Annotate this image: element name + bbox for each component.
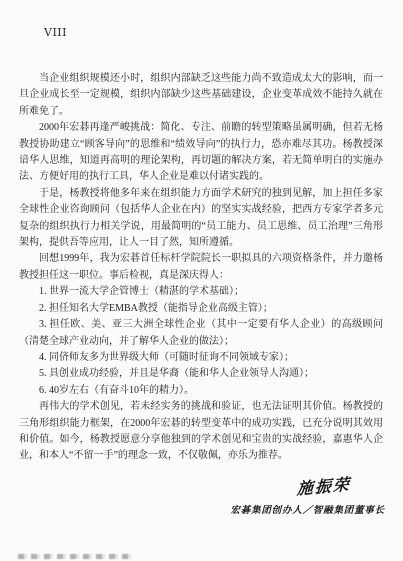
page-content: 当企业组织规模还小时，组织内部缺乏这些能力尚不致造成太大的影响，而一旦企业成长至…: [19, 71, 383, 465]
qualification-item-1: 1. 世界一流大学企管博士（精湛的学术基础）；: [19, 284, 383, 300]
paragraph-2: 2000年宏碁再逢严峻挑战：简化、专注、前瞻的转型策略虽属明确，但若无杨教授协助…: [19, 120, 383, 186]
paragraph-4: 回想1999年，我为宏碁首任标杆学院院长一职拟具的六项资格条件，并力邀杨教授担任…: [19, 251, 383, 284]
qualification-item-5: 5. 具创业成功经验，并且是华裔（能和华人企业领导人沟通）；: [19, 366, 383, 382]
scan-artifact-bottom: [18, 554, 133, 559]
signature-handwritten: 施振荣: [296, 472, 351, 500]
qualification-item-6: 6. 40岁左右（有奋斗10年的精力）。: [19, 383, 383, 399]
paragraph-3: 于是，杨教授将他多年来在组织能力方面学术研究的独到见解，加上担任多家全球性企业咨…: [19, 186, 383, 252]
book-page: VIII 当企业组织规模还小时，组织内部缺乏这些能力尚不致造成太大的影响，而一旦…: [0, 0, 403, 561]
qualification-item-2: 2. 担任知名大学EMBA教授（能指导企业高级主管）；: [19, 301, 383, 317]
qualification-item-3: 3. 担任欧、美、亚三大洲全球性企业（其中一定要有华人企业）的高级顾问（清楚全球…: [19, 317, 383, 350]
qualification-item-4: 4. 同侪师友多为世界级大师（可随时征询不同领域专家）；: [19, 350, 383, 366]
paragraph-1: 当企业组织规模还小时，组织内部缺乏这些能力尚不致造成太大的影响，而一旦企业成长至…: [19, 71, 383, 120]
page-number: VIII: [44, 26, 67, 39]
closing-paragraph: 再伟大的学术创见，若未经实务的挑战和验证，也无法证明其价值。杨教授的三角形组织能…: [19, 399, 383, 465]
signature-block: 施振荣 宏碁集团创办人／智融集团董事长: [125, 474, 385, 516]
signature-title: 宏碁集团创办人／智融集团董事长: [125, 502, 385, 516]
